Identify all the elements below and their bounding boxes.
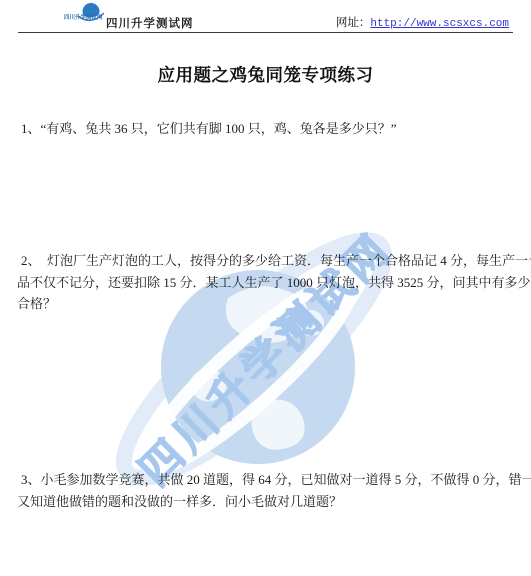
question-3-line-1: 3、小毛参加数学竞赛，共做 20 道题，得 64 分，已知做对一道得 5 分，不… (17, 469, 518, 491)
header-url: 网址：http://www.scsxcs.com (336, 14, 509, 30)
question-3: 3、小毛参加数学竞赛，共做 20 道题，得 64 分，已知做对一道得 5 分，不… (17, 469, 518, 512)
url-label: 网址： (336, 17, 371, 29)
question-1-line-1: 1、“有鸡、兔共 36 只，它们共有脚 100 只，鸡、兔各是多少只？” (17, 118, 518, 140)
question-2: 2、 灯泡厂生产灯泡的工人，按得分的多少给工资．每生产一个合格品记 4 分，每生… (17, 250, 518, 315)
question-2-line-1: 2、 灯泡厂生产灯泡的工人，按得分的多少给工资．每生产一个合格品记 4 分，每生… (17, 250, 518, 272)
logo-tagline: 四川升学测试网 (64, 13, 103, 21)
page-title: 应用题之鸡兔同笼专项练习 (0, 62, 531, 87)
page-header: 四川升学测试网 四川升学测试网 网址：http://www.scsxcs.com (0, 0, 531, 34)
globe-watermark-icon (78, 203, 442, 495)
question-3-line-2: 又知道他做错的题和没做的一样多．问小毛做对几道题？ (17, 491, 518, 513)
question-1: 1、“有鸡、兔共 36 只，它们共有脚 100 只，鸡、兔各是多少只？” (17, 118, 518, 140)
question-2-line-3: 合格？ (17, 293, 518, 315)
site-name: 四川升学测试网 (106, 15, 194, 31)
worksheet-page: 四川升学测试网 四川升学测试网 四川升学测试网 网址：http://www.sc… (0, 0, 531, 576)
site-url-link[interactable]: http://www.scsxcs.com (370, 18, 509, 30)
header-divider (18, 32, 513, 33)
question-2-line-2: 品不仅不记分，还要扣除 15 分．某工人生产了 1000 只灯泡，共得 3525… (17, 272, 518, 294)
